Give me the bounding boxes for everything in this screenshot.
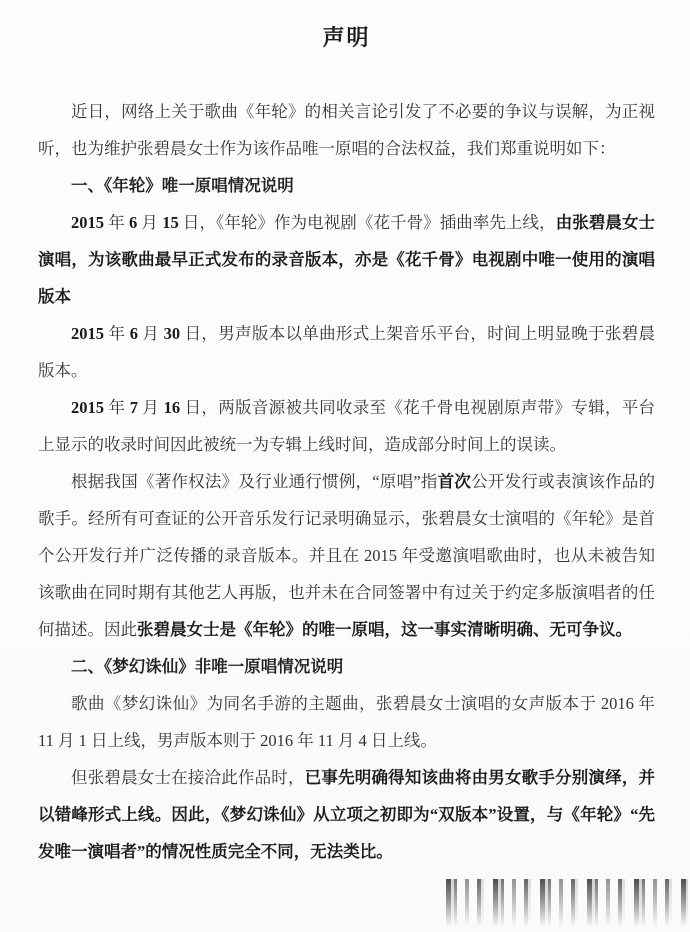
bold-text-run: 16 [164,398,181,417]
bold-text-run: 6 [129,213,137,232]
text-run: 年 [104,398,130,417]
section-1-paragraph-1: 2015 年 6 月 15 日，《年轮》作为电视剧《花千骨》插曲率先上线，由张碧… [38,204,655,315]
text-run: 年 [104,324,130,343]
text-run: 年 [104,213,129,232]
section-2-paragraph-1: 歌曲《梦幻诛仙》为同名手游的主题曲，张碧晨女士演唱的女声版本于 2016 年 1… [38,685,655,759]
document-title: 声明 [38,22,655,54]
bold-text-run: 2015 [71,398,104,417]
text-run: 但张碧晨女士在接洽此作品时， [71,768,305,787]
section-2-heading: 二、《梦幻诛仙》非唯一原唱情况说明 [38,648,655,685]
text-run: 月 [138,324,164,343]
bold-text-run: 30 [164,324,181,343]
text-run: 日，《年轮》作为电视剧《花千骨》插曲率先上线， [179,213,556,232]
intro-paragraph: 近日，网络上关于歌曲《年轮》的相关言论引发了不必要的争议与误解，为正视听，也为维… [38,93,655,167]
bold-text-run: 7 [130,398,138,417]
text-run: 月 [137,213,162,232]
text-run: 近日，网络上关于歌曲《年轮》的相关言论引发了不必要的争议与误解，为正视听，也为维… [38,102,655,158]
text-run: 公开发行或表演该作品的歌手。经所有可查证的公开音乐发行记录明确显示，张碧晨女士演… [38,472,655,639]
section-1-paragraph-2: 2015 年 6 月 30 日，男声版本以单曲形式上架音乐平台，时间上明显晚于张… [38,315,655,389]
document-page: 声明 近日，网络上关于歌曲《年轮》的相关言论引发了不必要的争议与误解，为正视听，… [0,0,690,932]
text-run: 根据我国《著作权法》及行业通行惯例，“原唱”指 [71,472,438,491]
bold-text-run: 2015 [71,324,104,343]
text-run: 歌曲《梦幻诛仙》为同名手游的主题曲，张碧晨女士演唱的女声版本于 2016 年 1… [38,694,655,750]
bold-text-run: 张碧晨女士是《年轮》的唯一原唱，这一事实清晰明确、无可争议。 [137,620,632,639]
bold-text-run: 2015 [71,213,104,232]
section-1-heading: 一、《年轮》唯一原唱情况说明 [38,167,655,204]
bold-text-run: 首次 [438,472,471,491]
bold-text-run: 15 [162,213,179,232]
photo-smear-artifact [446,879,688,931]
section-1-paragraph-4: 根据我国《著作权法》及行业通行惯例，“原唱”指首次公开发行或表演该作品的歌手。经… [38,463,655,648]
section-2-paragraph-2: 但张碧晨女士在接洽此作品时，已事先明确得知该曲将由男女歌手分别演绎，并以错峰形式… [38,759,655,870]
bold-text-run: 6 [130,324,138,343]
text-run: 月 [138,398,164,417]
section-1-paragraph-3: 2015 年 7 月 16 日，两版音源被共同收录至《花千骨电视剧原声带》专辑，… [38,389,655,463]
